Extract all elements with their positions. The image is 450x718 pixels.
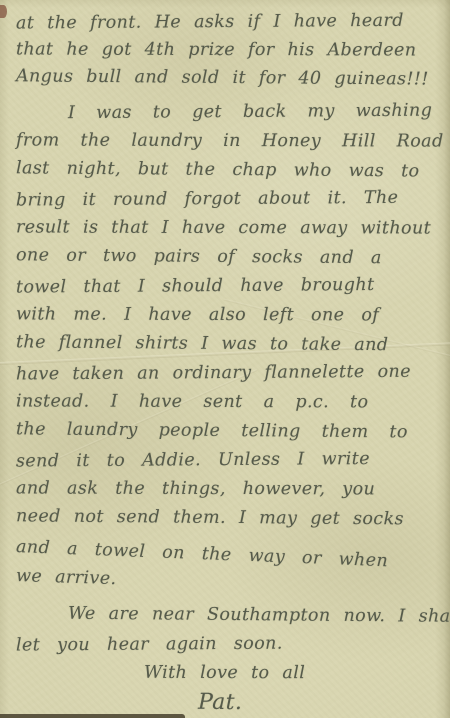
letter-line: last night, but the chap who was to — [16, 154, 446, 186]
letter-line: from the laundry in Honey Hill Road — [16, 126, 446, 156]
letter-line: have taken an ordinary flannelette one — [16, 357, 446, 389]
letter-line: need not send them. I may get socks — [16, 502, 446, 534]
letter-line: towel that I should have brought — [16, 270, 446, 302]
letter-line: the flannel shirts I was to take and — [16, 328, 446, 360]
letter-line: that he got 4th prize for his Aberdeen — [16, 35, 446, 64]
letter-line: I was to get back my washing — [16, 96, 446, 128]
letter-line: bring it round forgot about it. The — [16, 183, 446, 215]
letter-body: at the front. He asks if I have heard th… — [0, 0, 450, 718]
letter-line: and ask the things, however, you — [16, 474, 446, 504]
signature: Pat. — [16, 686, 446, 718]
closing-line: With love to all — [16, 658, 446, 688]
letter-line: the laundry people telling them to — [16, 415, 446, 447]
letter-line: with me. I have also left one of — [16, 300, 446, 330]
letter-line: instead. I have sent a p.c. to — [16, 387, 446, 417]
letter-page: at the front. He asks if I have heard th… — [0, 0, 450, 718]
letter-line: Angus bull and sold it for 40 guineas!!! — [16, 62, 446, 93]
letter-line: result is that I have come away without — [16, 213, 446, 243]
letter-line: send it to Addie. Unless I write — [16, 444, 446, 476]
letter-line: let you hear again soon. — [16, 628, 446, 660]
letter-line: one or two pairs of socks and a — [16, 241, 446, 273]
letter-line: at the front. He asks if I have heard — [16, 6, 446, 37]
letter-line: We are near Southampton now. I shall — [16, 599, 446, 631]
